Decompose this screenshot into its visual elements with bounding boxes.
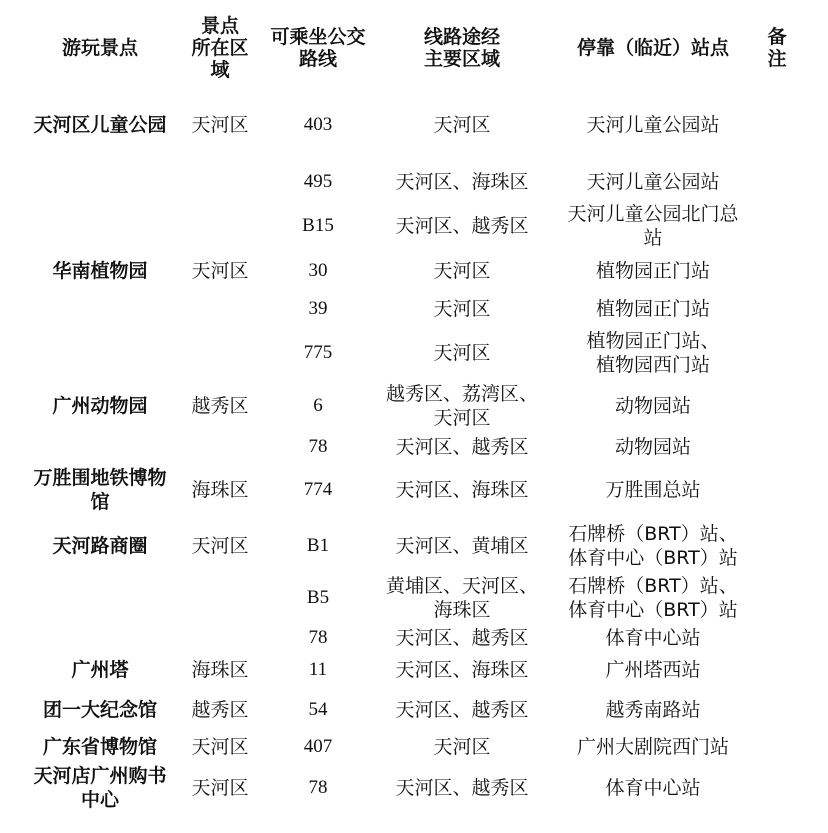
cell-route: 775: [263, 341, 373, 365]
cell-route: B15: [263, 214, 373, 238]
cell-route: 78: [263, 435, 373, 459]
header-note: 备 注: [762, 26, 792, 70]
cell-stop: 动物园站: [553, 394, 753, 418]
cell-attraction: 天河店广州购书 中心: [15, 764, 185, 812]
cell-district: 天河区: [185, 534, 255, 558]
cell-stop: 石牌桥（BRT）站、 体育中心（BRT）站: [548, 574, 758, 622]
cell-stop: 广州大剧院西门站: [553, 735, 753, 759]
header-attraction: 游玩景点: [15, 37, 185, 59]
cell-attraction: 华南植物园: [15, 259, 185, 283]
cell-district: 越秀区: [185, 394, 255, 418]
cell-areas: 天河区: [372, 735, 552, 759]
cell-areas: 天河区、越秀区: [372, 626, 552, 650]
cell-areas: 越秀区、荔湾区、 天河区: [372, 382, 552, 430]
header-stop: 停靠（临近）站点: [553, 37, 753, 59]
cell-district: 天河区: [185, 735, 255, 759]
header-district: 景点 所在区 域: [185, 15, 255, 81]
cell-stop: 体育中心站: [553, 626, 753, 650]
cell-stop: 天河儿童公园站: [553, 113, 753, 137]
cell-route: 403: [263, 113, 373, 137]
cell-areas: 天河区、越秀区: [372, 435, 552, 459]
cell-route: 54: [263, 698, 373, 722]
cell-route: 774: [263, 478, 373, 502]
cell-areas: 天河区、越秀区: [372, 214, 552, 238]
cell-route: 495: [263, 170, 373, 194]
cell-district: 天河区: [185, 259, 255, 283]
cell-attraction: 天河路商圈: [15, 534, 185, 558]
cell-areas: 天河区: [372, 297, 552, 321]
cell-route: B1: [263, 534, 373, 558]
cell-attraction: 广州塔: [15, 658, 185, 682]
cell-attraction: 万胜围地铁博物 馆: [15, 466, 185, 514]
cell-attraction: 广州动物园: [15, 394, 185, 418]
cell-district: 越秀区: [185, 698, 255, 722]
cell-route: 78: [263, 776, 373, 800]
cell-district: 海珠区: [185, 658, 255, 682]
cell-attraction: 团一大纪念馆: [15, 698, 185, 722]
cell-areas: 天河区、越秀区: [372, 698, 552, 722]
cell-areas: 黄埔区、天河区、 海珠区: [372, 574, 552, 622]
header-route-areas: 线路途经 主要区域: [372, 26, 552, 70]
cell-stop: 天河儿童公园北门总 站: [553, 202, 753, 250]
cell-areas: 天河区、海珠区: [372, 478, 552, 502]
cell-stop: 万胜围总站: [553, 478, 753, 502]
cell-stop: 植物园正门站: [553, 259, 753, 283]
cell-route: 30: [263, 259, 373, 283]
cell-route: 6: [263, 394, 373, 418]
cell-areas: 天河区、海珠区: [372, 170, 552, 194]
cell-areas: 天河区: [372, 113, 552, 137]
cell-route: B5: [263, 586, 373, 610]
cell-district: 天河区: [185, 113, 255, 137]
cell-stop: 植物园正门站: [553, 297, 753, 321]
cell-stop: 植物园正门站、 植物园西门站: [553, 329, 753, 377]
header-bus-routes: 可乘坐公交 路线: [258, 26, 378, 70]
cell-stop: 广州塔西站: [553, 658, 753, 682]
cell-route: 11: [263, 658, 373, 682]
cell-stop: 天河儿童公园站: [553, 170, 753, 194]
cell-attraction: 广东省博物馆: [15, 735, 185, 759]
cell-areas: 天河区、海珠区: [372, 658, 552, 682]
cell-areas: 天河区: [372, 341, 552, 365]
cell-stop: 动物园站: [553, 435, 753, 459]
cell-stop: 石牌桥（BRT）站、 体育中心（BRT）站: [548, 522, 758, 570]
cell-areas: 天河区、越秀区: [372, 776, 552, 800]
cell-areas: 天河区、黄埔区: [372, 534, 552, 558]
cell-route: 39: [263, 297, 373, 321]
cell-areas: 天河区: [372, 259, 552, 283]
cell-district: 天河区: [185, 776, 255, 800]
cell-stop: 体育中心站: [553, 776, 753, 800]
cell-route: 407: [263, 735, 373, 759]
cell-route: 78: [263, 626, 373, 650]
cell-district: 海珠区: [185, 478, 255, 502]
cell-attraction: 天河区儿童公园: [15, 113, 185, 137]
cell-stop: 越秀南路站: [553, 698, 753, 722]
